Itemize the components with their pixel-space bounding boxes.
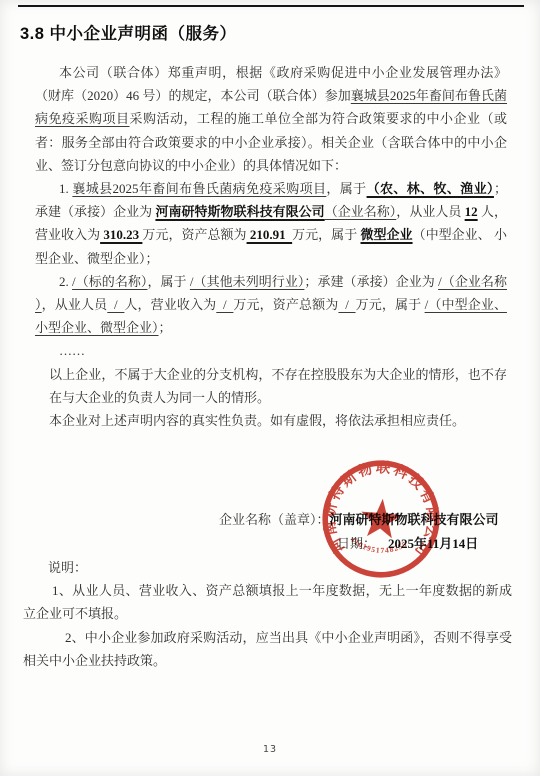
no-big-enterprise-paragraph: 以上企业，不属于大企业的分支机构，不存在控股股东为大企业的情形，也不存在与大企业… xyxy=(49,363,507,409)
text-segment: …… xyxy=(59,343,85,358)
text-segment: ，属于 xyxy=(326,181,366,196)
item-1-paragraph: 1. 襄城县2025年畜间布鲁氏菌病免疫采购项目，属于（农、林、牧、渔业）；承建… xyxy=(35,177,507,270)
company-seal-label: 企业名称（盖章）： xyxy=(219,512,330,527)
text-segment: 万元，资产总额为 xyxy=(233,297,338,312)
section-title: 3.8 中小企业声明函（服务） xyxy=(20,20,237,44)
company-name-line: 企业名称（盖章）：河南研特斯物联科技有限公司 xyxy=(219,509,499,528)
date-line: 日期：2025年11月14日 xyxy=(337,533,478,552)
responsibility-paragraph: 本企业对上述声明内容的真实性负责。如有虚假，将依法承担相应责任。 xyxy=(49,409,507,432)
text-segment: 12 xyxy=(465,204,478,219)
text-segment: / xyxy=(107,297,124,312)
document-body: 本公司（联合体）郑重声明，根据《政府采购促进中小企业发展管理办法》（财库（202… xyxy=(35,61,507,432)
text-segment: （农、林、牧、渔业） xyxy=(367,181,494,196)
text-segment: ，从业人员 xyxy=(396,204,464,219)
declaration-document-page: { "page": { "title": "3.8 中小企业声明函（服务）", … xyxy=(0,0,540,776)
text-segment: ，属于 xyxy=(147,274,189,289)
note-item: 2、中小企业参加政府采购活动，应当出具《中小企业声明函》，否则不得享受相关中小企… xyxy=(23,626,512,672)
text-segment: ； xyxy=(159,320,172,335)
text-segment: ，从业人员 xyxy=(42,297,108,312)
text-segment: 310.23 xyxy=(100,227,142,242)
text-segment: /（标的名称） xyxy=(72,274,147,289)
text-segment: / xyxy=(216,297,233,312)
text-segment: 本企业对上述声明内容的真实性负责。如有虚假，将依法承担相应责任。 xyxy=(49,413,465,428)
text-segment: 万元，属于 xyxy=(356,297,425,312)
text-segment: 襄城县2025年畜间布鲁氏菌病免疫采购项目 xyxy=(72,181,326,196)
text-segment: ；承建（承接）企业为 xyxy=(304,274,438,289)
text-segment: 1. xyxy=(59,181,72,196)
note-item: 1、从业人员、营业收入、资产总额填报上一年度数据，无上一年度数据的新成立企业可不… xyxy=(23,579,512,625)
text-segment: 万元，属于 xyxy=(292,227,360,242)
text-segment: （企业名称） xyxy=(325,204,397,219)
text-segment: / xyxy=(338,297,355,312)
intro-paragraph: 本公司（联合体）郑重声明，根据《政府采购促进中小企业发展管理办法》（财库（202… xyxy=(35,61,507,177)
notes-section: 说明： 1、从业人员、营业收入、资产总额填报上一年度数据，无上一年度数据的新成立… xyxy=(23,556,512,672)
text-segment: 万元，资产总额为 xyxy=(142,227,246,242)
header-rule xyxy=(18,5,524,7)
text-segment: 以上企业，不属于大企业的分支机构，不存在控股股东为大企业的情形，也不存在与大企业… xyxy=(49,367,507,405)
text-segment: 微型企业 xyxy=(361,227,413,242)
company-name-value: 河南研特斯物联科技有限公司 xyxy=(330,512,499,527)
date-label: 日期： xyxy=(337,536,376,551)
page-number: 13 xyxy=(0,744,540,755)
text-segment: 2. xyxy=(59,274,72,289)
text-segment: 210.91 xyxy=(247,227,293,242)
notes-title: 说明： xyxy=(48,556,512,579)
text-segment: /（其他未列明行业） xyxy=(190,274,305,289)
text-segment: 人，营业收入为 xyxy=(124,297,216,312)
item-2-paragraph: 2. /（标的名称），属于 /（其他未列明行业）；承建（承接）企业为 /（企业名… xyxy=(35,270,507,340)
text-segment: 河南研特斯物联科技有限公司 xyxy=(155,204,324,219)
date-value: 2025年11月14日 xyxy=(388,536,478,551)
ellipsis-line: …… xyxy=(35,339,507,362)
